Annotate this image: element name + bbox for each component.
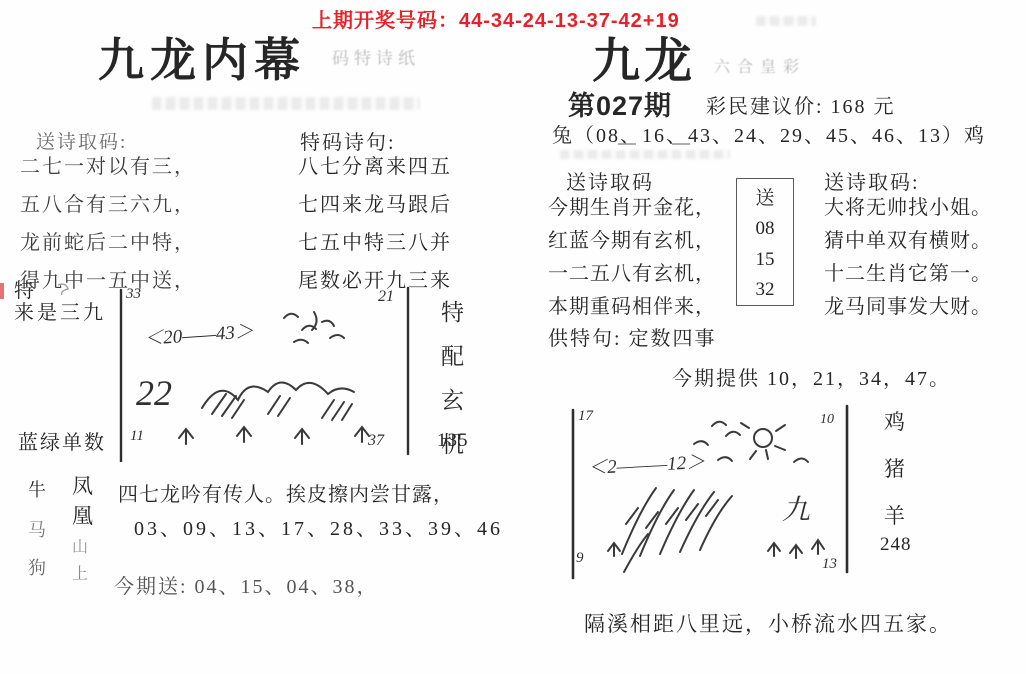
left-handwritten-sketch: 33 21 11 37 ＜20——43＞ 22 bbox=[116, 286, 418, 462]
price-line: 彩民建议价: 168 元 bbox=[706, 90, 896, 119]
right-sheet-title: 九龙 bbox=[592, 22, 696, 91]
caption-char: 特 bbox=[441, 294, 464, 327]
sketch-strokes bbox=[566, 404, 858, 582]
poem-line: 红蓝今期有玄机， bbox=[548, 225, 716, 258]
right-poem-right: 大将无帅找小姐。 猜中单双有横财。 十二生肖它第一。 龙马同事发大财。 bbox=[824, 192, 992, 324]
poem-line: 一二五八有玄机， bbox=[548, 258, 716, 291]
print-smudge bbox=[756, 16, 816, 26]
gift-numbers-box: 送 08 15 32 bbox=[736, 178, 794, 306]
zodiac-char: 凰 bbox=[72, 500, 93, 530]
poem-line: 八七分离来四五 bbox=[298, 148, 452, 186]
bottom-proverb-line: 隔溪相距八里远，小桥流水四五家。 bbox=[584, 608, 952, 638]
zodiac-char: 凤 bbox=[72, 470, 93, 500]
right-side-caption-number: 248 bbox=[880, 534, 912, 556]
sketch-corner-number: 13 bbox=[822, 556, 837, 573]
provide-line: 今期提供 10，21，34，47。 bbox=[672, 362, 951, 391]
issue-number: 第027期 bbox=[568, 84, 672, 123]
poem-line: 今期生肖开金花， bbox=[548, 192, 716, 225]
gift-box-value: 32 bbox=[756, 279, 775, 301]
sketch-big-number: 22 bbox=[136, 372, 172, 414]
sketch-corner-number: 21 bbox=[378, 288, 394, 306]
zodiac-char: 山 bbox=[72, 534, 93, 557]
sketch-corner-number: 11 bbox=[130, 428, 144, 445]
right-handwritten-sketch: 17 10 9 13 ＜2———12＞ 九 bbox=[566, 404, 858, 582]
left-send-poem: 二七一对以有三， 五八合有三六九， 龙前蛇后二中特， 得九中一五中送， bbox=[20, 148, 196, 300]
poem-line: 龙前蛇后二中特， bbox=[20, 224, 196, 262]
zodiac-char: 马 bbox=[28, 516, 46, 542]
sketch-nine-char: 九 bbox=[782, 488, 810, 528]
poem-line: 二七一对以有三， bbox=[20, 148, 196, 186]
red-edge-mark bbox=[0, 283, 4, 299]
caption-char: 鸡 bbox=[884, 406, 905, 436]
print-smudge bbox=[560, 150, 730, 159]
gift-box-value: 08 bbox=[756, 218, 775, 240]
left-special-poem: 八七分离来四五 七四来龙马跟后 七五中特三八并 尾数必开九三来 bbox=[298, 148, 452, 300]
left-side-caption-number: 135 bbox=[437, 430, 469, 452]
poem-line: 五八合有三六九， bbox=[20, 186, 196, 224]
scanned-lottery-sheet: 上期开奖号码：44-34-24-13-37-42+19 九龙内幕 码特诗纸 送诗… bbox=[0, 0, 1026, 674]
sketch-corner-number: 9 bbox=[576, 550, 584, 567]
gift-box-value: 15 bbox=[756, 249, 775, 271]
poem-line: 七四来龙马跟后 bbox=[298, 186, 452, 224]
right-poem-left: 今期生肖开金花， 红蓝今期有玄机， 一二五八有玄机， 本期重码相伴来， bbox=[548, 192, 716, 324]
special-sentence: 供特句: 定数四事 bbox=[548, 322, 717, 351]
right-side-caption: 鸡 猪 羊 bbox=[884, 406, 905, 530]
caption-char: 配 bbox=[441, 338, 464, 371]
zodiac-char: 狗 bbox=[28, 554, 46, 580]
poem-line: 猜中单双有横财。 bbox=[824, 225, 992, 258]
caption-char: 玄 bbox=[441, 382, 464, 415]
gift-box-value: 送 bbox=[755, 183, 774, 210]
left-sheet-title: 九龙内幕 bbox=[98, 24, 306, 90]
caption-char: 猪 bbox=[884, 453, 905, 483]
sketch-corner-number: 10 bbox=[820, 412, 834, 428]
hand-underline bbox=[672, 143, 690, 145]
right-poem-right-header: 送诗取码: bbox=[824, 166, 920, 195]
poem-line: 十二生肖它第一。 bbox=[824, 258, 992, 291]
poem-line: 大将无帅找小姐。 bbox=[824, 192, 992, 225]
zodiac-outer-column: 牛 马 狗 bbox=[28, 476, 46, 580]
poem-line: 本期重码相伴来， bbox=[548, 291, 716, 324]
caption-char: 羊 bbox=[884, 500, 905, 530]
right-sheet-faint-subtitle: 六合皇彩 bbox=[714, 54, 806, 77]
sketch-corner-number: 17 bbox=[578, 408, 593, 425]
left-proverb-line: 四七龙吟有传人。挨皮擦内尝甘露， bbox=[118, 478, 454, 507]
left-sheet-faint-subtitle: 码特诗纸 bbox=[332, 44, 420, 69]
poem-line: 七五中特三八并 bbox=[298, 224, 452, 262]
right-poem-left-header: 送诗取码 bbox=[566, 166, 654, 195]
left-number-row: 03、09、13、17、28、33、39、46 bbox=[134, 512, 503, 541]
faint-squiggle bbox=[54, 282, 74, 296]
lai-line: 来是三九 bbox=[14, 296, 106, 325]
sketch-corner-number: 33 bbox=[126, 286, 141, 303]
blue-green-label: 蓝绿单数 bbox=[18, 426, 106, 455]
left-send-row: 今期送: 04、15、04、38， bbox=[114, 570, 379, 599]
print-smudge bbox=[152, 97, 420, 110]
zodiac-inner-column: 凤 凰 山 上 bbox=[72, 470, 93, 584]
zodiac-char: 上 bbox=[72, 561, 93, 584]
sketch-corner-number: 37 bbox=[368, 432, 384, 450]
hand-underline bbox=[618, 143, 636, 145]
zodiac-char: 牛 bbox=[28, 476, 46, 502]
poem-line: 龙马同事发大财。 bbox=[824, 291, 992, 324]
